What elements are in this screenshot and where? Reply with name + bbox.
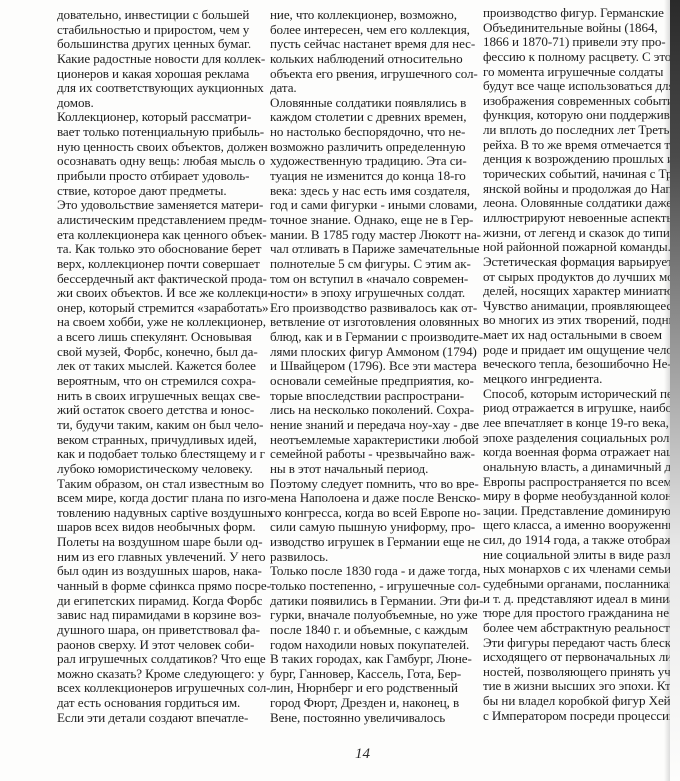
text-line: с Императором посреди процессии, (483, 709, 680, 724)
text-line: от сырых продуктов до лучших мо- (483, 270, 680, 285)
text-line: функция, которую они поддержива- (483, 108, 680, 123)
text-line: более чем абстрактную реальность. (483, 621, 680, 636)
text-line: лись на несколько поколений. Сохра- (270, 403, 483, 418)
text-line: сил, до 1914 года, а также отображе- (483, 533, 680, 548)
text-line: стабильностью и приростом, чем у (57, 23, 273, 38)
text-line: неотъемлемые характеристики любой (270, 433, 483, 448)
text-line: Какие радостные новости для коллек- (57, 52, 273, 67)
text-line: янской войны и продолжая до Напо- (483, 182, 680, 197)
text-line: торые впоследствии распространи- (270, 389, 483, 404)
text-line: на своем хобби, уже не коллекционер, (57, 315, 273, 330)
text-line: вает только потенциальную прибыль- (57, 125, 273, 140)
text-line: во многих из этих творений, подни- (483, 313, 680, 328)
text-line: шаров всех видов необычных форм. (57, 520, 273, 535)
text-line: изводство игрушек в Германии еще не (270, 535, 483, 550)
text-line: жий остаток своего детства и юнос- (57, 403, 273, 418)
text-line: полнотелые 5 см фигуры. С этим ак- (270, 257, 483, 272)
text-line: ностей, позволяющего принять учас- (483, 665, 680, 680)
text-line: завис над пирамидами в корзине воз- (57, 608, 273, 623)
text-line: лубоко юмористическому человеку. (57, 462, 273, 477)
text-line: был один из воздушных шаров, нака- (57, 564, 273, 579)
text-line: город Фюрт, Дрезден и, наконец, в (270, 696, 483, 711)
text-line: Эстетическая формация варьируется (483, 255, 680, 270)
text-line: века: здесь у нас есть имя создателя, (270, 184, 483, 199)
text-line: веческого тепла, безошибочно Не- (483, 357, 680, 372)
text-line: когда военная форма отражает наци- (483, 445, 680, 460)
text-line: кольких наблюдений относительно (270, 52, 483, 67)
text-line: как и подобает только блестящему и г (57, 447, 273, 462)
text-line: Европы распространяется по всему (483, 475, 680, 490)
text-line: объекта его рвения, игрушечного сол- (270, 67, 483, 82)
text-line: зации. Представление доминирую- (483, 504, 680, 519)
text-line: мецкого ингредиента. (483, 372, 680, 387)
text-column-right: производство фигур. ГерманскиеОбъедините… (483, 6, 680, 723)
text-line: всем мире, когда достиг плана по изго- (57, 491, 273, 506)
text-line: семейной работы - чрезвычайно важ- (270, 447, 483, 462)
text-line: а всего лишь спекулянт. Основывая (57, 330, 273, 345)
text-line: торических событий, начиная с Тро- (483, 167, 680, 182)
text-line: чал отливать в Париже замечательные (270, 242, 483, 257)
page-number: 14 (355, 746, 370, 763)
text-line: Таким образом, он стал известным во (57, 477, 273, 492)
text-line: веком странных, причудливых идей, (57, 433, 273, 448)
text-line: ны в этот начальный период. (270, 462, 483, 477)
text-line: 1866 и 1870-71) привели эту про- (483, 35, 680, 50)
text-line: Полеты на воздушном шаре были од- (57, 535, 273, 550)
text-line: годом находили новых покупателей. (270, 638, 483, 653)
text-line: Способ, которым исторический пе- (483, 387, 680, 402)
text-line: и Швайцером (1796). Все эти мастера (270, 359, 483, 374)
text-line: будут все чаще использоваться для (483, 79, 680, 94)
text-line: пусть сейчас настанет время для нес- (270, 37, 483, 52)
text-line: рал игрушечных солдатиков? Что еще (57, 652, 273, 667)
text-line: мает их над остальными в своем (483, 328, 680, 343)
text-line: риод отражается в игрушке, наибо- (483, 401, 680, 416)
text-line: художественную традицию. Эта си- (270, 154, 483, 169)
text-line: Поэтому следует помнить, что во вре- (270, 477, 483, 492)
text-line: прибыли просто отбирает удоволь- (57, 169, 273, 184)
page-edge-shadow (670, 0, 680, 781)
text-line: тие в жизни высших эго эпохи. Кто (483, 679, 680, 694)
text-line: можно сказать? Кроме следующего: у (57, 667, 273, 682)
text-line: и т. д. представляют идеал в миниа- (483, 592, 680, 607)
text-line: ветвление от изготовления оловянных (270, 315, 483, 330)
text-line: лями плоских фигур Аммоном (1794) (270, 345, 483, 360)
text-line: верх, коллекционер почти совершает (57, 257, 273, 272)
text-line: Объединительные войны (1864, (483, 21, 680, 36)
text-line: мании. В 1785 году мастер Люкотт на- (270, 228, 483, 243)
text-line: Эти фигуры передают часть блеска, (483, 636, 680, 651)
text-line: только постепенно, - игрушечные сол- (270, 579, 483, 594)
text-line: та. Как только это обоснование берет (57, 242, 273, 257)
text-line: ную ценность своих объектов, должен (57, 140, 273, 155)
text-line: датики появились в Германии. Эти фи- (270, 594, 483, 609)
text-line: Коллекционер, который рассматри- (57, 110, 273, 125)
text-line: ди египетских пирамид. Когда Форбс (57, 594, 273, 609)
text-line: мена Наполоена и даже после Венско- (270, 491, 483, 506)
text-line: иллюстрируют невоенные аспекты (483, 211, 680, 226)
text-line: том он вступил в «начало современ- (270, 272, 483, 287)
text-line: го момента игрушечные солдаты (483, 65, 680, 80)
text-line: ционеров и какая хорошая реклама (57, 67, 273, 82)
text-line: домов. (57, 96, 273, 111)
text-line: ности» в эпоху игрушечных солдат. (270, 286, 483, 301)
text-line: возможно различить определенную (270, 140, 483, 155)
text-line: вероятным, что он стремился сохра- (57, 374, 273, 389)
text-line: ние социальной элиты в виде различ- (483, 548, 680, 563)
text-line: онер, который стремится «заработать» (57, 301, 273, 316)
text-line: делей, носящих характер миниатюр. (483, 284, 680, 299)
text-line: жизни, от легенд и сказок до типич- (483, 226, 680, 241)
text-line: ние, что коллекционер, возможно, (270, 8, 483, 23)
text-line: Только после 1830 года - и даже тогда, (270, 564, 483, 579)
text-line: ли вплоть до последних лет Третьего (483, 123, 680, 138)
text-line: алистическим представлением предм- (57, 213, 273, 228)
text-line: ональную власть, а динамичный дух (483, 460, 680, 475)
text-line: производство фигур. Германские (483, 6, 680, 21)
text-column-middle: ние, что коллекционер, возможно,более ин… (270, 8, 483, 725)
text-line: ета коллекционера как ценного объек- (57, 228, 273, 243)
text-line: большинства других ценных бумаг. (57, 37, 273, 52)
text-line: гурки, вначале полуобъемные, но уже (270, 608, 483, 623)
text-line: судебными органами, посланниками (483, 577, 680, 592)
text-line: тюре для простого гражданина не (483, 606, 680, 621)
text-line: лин, Нюрнберг и его родственный (270, 681, 483, 696)
text-line: каждом столетии с древних времен, (270, 110, 483, 125)
text-line: фессию к полному расцвету. С это- (483, 50, 680, 65)
text-line: щего класса, а именно вооруженных (483, 518, 680, 533)
text-line: но настолько беспорядочно, что не- (270, 125, 483, 140)
text-line: бессердечный акт фактической прода- (57, 272, 273, 287)
text-line: год и сами фигурки - иными словами, (270, 198, 483, 213)
text-line: бы ни владел коробкой фигур Хейде (483, 694, 680, 709)
document-page: довательно, инвестиции с большейстабильн… (0, 0, 680, 781)
text-line: Вене, постоянно увеличивалось (270, 711, 483, 726)
text-line: лее впечатляет в конце 19-го века, (483, 416, 680, 431)
text-line: ним из его главных увлечений. У него (57, 550, 273, 565)
text-line: эпохе разделения социальных ролей, (483, 431, 680, 446)
text-line: товлению надувных captive воздушных (57, 506, 273, 521)
text-line: дата. (270, 81, 483, 96)
text-line: рейха. В то же время отмечается тен- (483, 138, 680, 153)
text-line: всех коллекционеров игрушечных сол- (57, 681, 273, 696)
text-line: роде и придает им ощущение чело- (483, 343, 680, 358)
text-line: Оловянные солдатики появлялись в (270, 96, 483, 111)
text-line: миру в форме необузданной колони- (483, 489, 680, 504)
text-line: бург, Ганновер, Кассель, Гота, Бер- (270, 667, 483, 682)
text-line: для их соответствующих аукционных (57, 81, 273, 96)
text-line: нить в своих игрушечных вещах све- (57, 389, 273, 404)
text-line: развилось. (270, 550, 483, 565)
text-line: жи своих объектов. И все же коллекци- (57, 286, 273, 301)
text-line: чанный в форме сфинкса прямо посре- (57, 579, 273, 594)
text-line: туация не изменится до конца 18-го (270, 169, 483, 184)
text-line: основали семейные предприятия, ко- (270, 374, 483, 389)
text-line: исходящего от первоначальных лич- (483, 650, 680, 665)
text-line: раонов сверху. И этот человек соби- (57, 638, 273, 653)
text-line: ствие, которое дают предметы. (57, 184, 273, 199)
text-line: душного шара, он приветствовал фа- (57, 623, 273, 638)
text-line: Это удовольствие заменяется матери- (57, 198, 273, 213)
text-line: го конгресса, когда во всей Европе но- (270, 506, 483, 521)
text-line: ной районной пожарной команды. (483, 240, 680, 255)
text-line: ти, будучи таким, каким он был чело- (57, 418, 273, 433)
text-line: изображения современных событий, (483, 94, 680, 109)
text-line: свой музей, Форбс, конечно, был да- (57, 345, 273, 360)
text-line: сили самую пышную униформу, про- (270, 520, 483, 535)
text-line: леона. Оловянные солдатики даже (483, 196, 680, 211)
text-line: лек от таких мыслей. Кажется более (57, 359, 273, 374)
text-line: ных монархов с их членами семьи, (483, 562, 680, 577)
text-column-left: довательно, инвестиции с большейстабильн… (57, 8, 273, 725)
text-line: осознавать одну вещь: любая мысль о (57, 154, 273, 169)
text-line: В таких городах, как Гамбург, Люне- (270, 652, 483, 667)
text-line: довательно, инвестиции с большей (57, 8, 273, 23)
text-line: блюд, как и в Германии с производите- (270, 330, 483, 345)
text-line: дат есть основания гордиться им. (57, 696, 273, 711)
text-line: Если эти детали создают впечатле- (57, 711, 273, 726)
text-line: Его производство развивалось как от- (270, 301, 483, 316)
text-line: денция к возрождению прошлых ис- (483, 152, 680, 167)
text-line: нение знаний и передача ноу-хау - две (270, 418, 483, 433)
text-line: Чувство анимации, проявляющееся (483, 299, 680, 314)
text-line: точное знание. Однако, еще не в Гер- (270, 213, 483, 228)
text-line: после 1840 г. и объемные, с каждым (270, 623, 483, 638)
text-line: более интересен, чем его коллекция, (270, 23, 483, 38)
